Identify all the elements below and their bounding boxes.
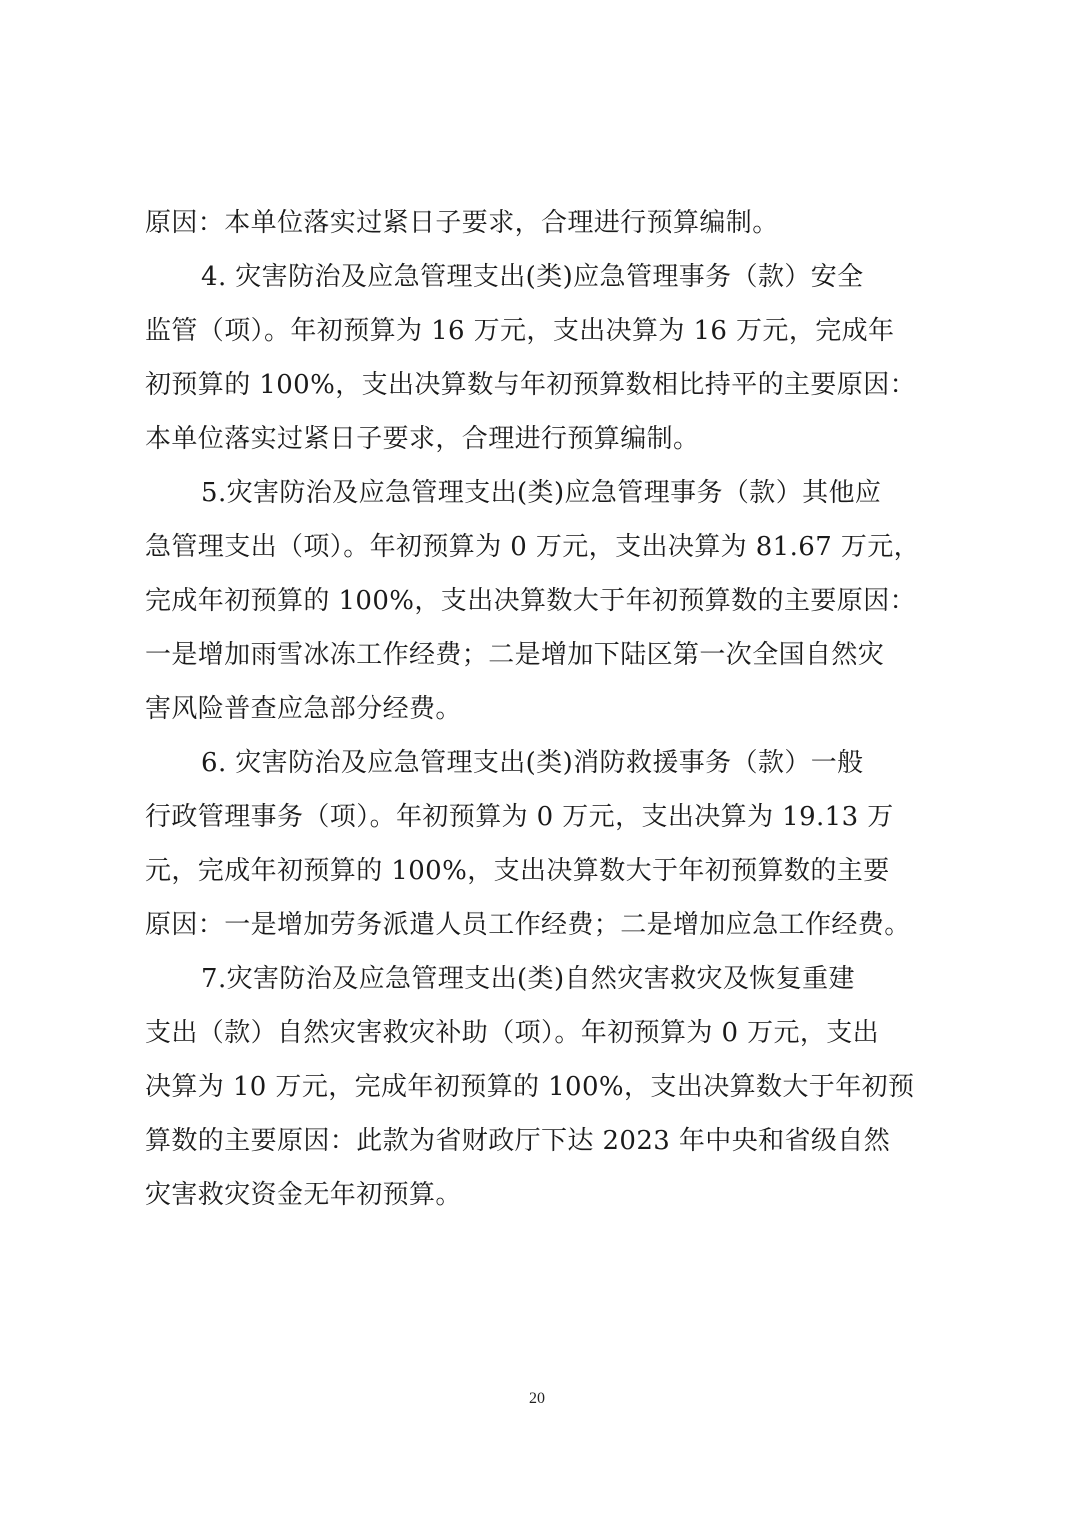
- text-line: 7.灾害防治及应急管理支出(类)自然灾害救灾及恢复重建: [145, 952, 945, 1006]
- paragraph-continuation: 原因：本单位落实过紧日子要求，合理进行预算编制。: [145, 196, 945, 250]
- text-line: 支出（款）自然灾害救灾补助（项）。年初预算为 0 万元，支出: [145, 1006, 945, 1060]
- document-page: 原因：本单位落实过紧日子要求，合理进行预算编制。 4. 灾害防治及应急管理支出(…: [0, 0, 1074, 1520]
- text-line: 元，完成年初预算的 100%，支出决算数大于年初预算数的主要: [145, 844, 945, 898]
- text-line: 本单位落实过紧日子要求，合理进行预算编制。: [145, 412, 945, 466]
- text-line: 害风险普查应急部分经费。: [145, 682, 945, 736]
- text-line: 原因：一是增加劳务派遣人员工作经费；二是增加应急工作经费。: [145, 898, 945, 952]
- text-line: 急管理支出（项）。年初预算为 0 万元，支出决算为 81.67 万元，: [145, 520, 945, 574]
- text-line: 一是增加雨雪冰冻工作经费；二是增加下陆区第一次全国自然灾: [145, 628, 945, 682]
- paragraph-item-7: 7.灾害防治及应急管理支出(类)自然灾害救灾及恢复重建 支出（款）自然灾害救灾补…: [145, 952, 945, 1222]
- page-number: 20: [0, 1390, 1074, 1408]
- text-line: 完成年初预算的 100%，支出决算数大于年初预算数的主要原因：: [145, 574, 945, 628]
- text-line: 灾害救灾资金无年初预算。: [145, 1168, 945, 1222]
- text-line: 算数的主要原因：此款为省财政厅下达 2023 年中央和省级自然: [145, 1114, 945, 1168]
- body-text: 原因：本单位落实过紧日子要求，合理进行预算编制。 4. 灾害防治及应急管理支出(…: [145, 196, 945, 1222]
- text-line: 4. 灾害防治及应急管理支出(类)应急管理事务（款）安全: [145, 250, 945, 304]
- text-line: 决算为 10 万元，完成年初预算的 100%，支出决算数大于年初预: [145, 1060, 945, 1114]
- paragraph-item-6: 6. 灾害防治及应急管理支出(类)消防救援事务（款）一般 行政管理事务（项）。年…: [145, 736, 945, 952]
- text-line: 监管（项）。年初预算为 16 万元，支出决算为 16 万元，完成年: [145, 304, 945, 358]
- text-line: 初预算的 100%，支出决算数与年初预算数相比持平的主要原因：: [145, 358, 945, 412]
- text-line: 5.灾害防治及应急管理支出(类)应急管理事务（款）其他应: [145, 466, 945, 520]
- text-line: 原因：本单位落实过紧日子要求，合理进行预算编制。: [145, 196, 945, 250]
- paragraph-item-4: 4. 灾害防治及应急管理支出(类)应急管理事务（款）安全 监管（项）。年初预算为…: [145, 250, 945, 466]
- paragraph-item-5: 5.灾害防治及应急管理支出(类)应急管理事务（款）其他应 急管理支出（项）。年初…: [145, 466, 945, 736]
- text-line: 6. 灾害防治及应急管理支出(类)消防救援事务（款）一般: [145, 736, 945, 790]
- text-line: 行政管理事务（项）。年初预算为 0 万元，支出决算为 19.13 万: [145, 790, 945, 844]
